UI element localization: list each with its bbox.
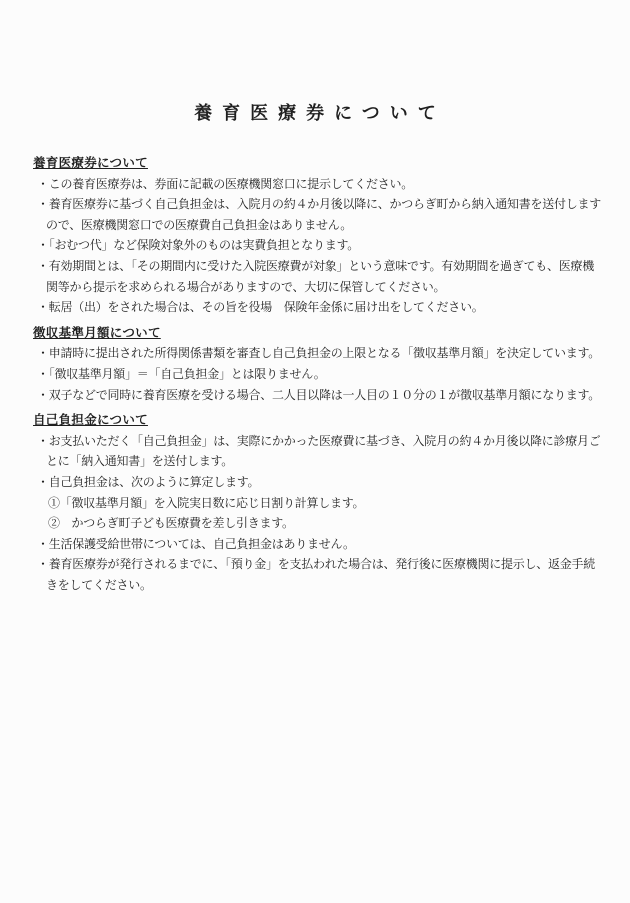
bullet-item: ・申請時に提出された所得関係書類を審査し自己負担金の上限となる「徴収基準月額」を… <box>33 343 600 364</box>
bullet-item: ・自己負担金は、次のように算定します。 <box>33 472 600 493</box>
document-body: 養育医療券について・この養育医療券は、券面に記載の医療機関窓口に提示してください… <box>0 153 630 595</box>
wrapped-line: 関等から提示を求められる場合がありますので、大切に保管してください。 <box>33 277 600 298</box>
bullet-item: ・生活保護受給世帯については、自己負担金はありません。 <box>33 534 600 555</box>
wrapped-line: とに「納入通知書」を送付します。 <box>33 451 600 472</box>
bullet-item: ・お支払いただく「自己負担金」は、実際にかかった医療費に基づき、入院月の約４か月… <box>33 431 600 452</box>
numbered-sub-item: ①「徴収基準月額」を入院実日数に応じ日割り計算します。 <box>33 493 600 514</box>
section-heading: 自己負担金について <box>33 410 600 431</box>
bullet-item: ・「徴収基準月額」＝「自己負担金」とは限りません。 <box>33 364 600 385</box>
section: 自己負担金について・お支払いただく「自己負担金」は、実際にかかった医療費に基づき… <box>33 410 600 595</box>
section-heading: 養育医療券について <box>33 153 600 174</box>
numbered-sub-item: ② かつらぎ町子ども医療費を差し引きます。 <box>33 513 600 534</box>
bullet-item: ・有効期間とは、「その期間内に受けた入院医療費が対象」という意味です。有効期間を… <box>33 256 600 277</box>
bullet-item: ・双子などで同時に養育医療を受ける場合、二人目以降は一人目の１０分の１が徴収基準… <box>33 385 600 406</box>
wrapped-line: ので、医療機関窓口での医療費自己負担金はありません。 <box>33 215 600 236</box>
section-heading: 徴収基準月額について <box>33 323 600 344</box>
section: 養育医療券について・この養育医療券は、券面に記載の医療機関窓口に提示してください… <box>33 153 600 318</box>
bullet-item: ・この養育医療券は、券面に記載の医療機関窓口に提示してください。 <box>33 174 600 195</box>
bullet-item: ・養育医療券が発行されるまでに、「預り金」を支払われた場合は、発行後に医療機関に… <box>33 554 600 575</box>
document-page: 養育医療券について 養育医療券について・この養育医療券は、券面に記載の医療機関窓… <box>0 0 630 903</box>
bullet-item: ・「おむつ代」など保険対象外のものは実費負担となります。 <box>33 235 600 256</box>
document-title: 養育医療券について <box>0 0 630 126</box>
section: 徴収基準月額について・申請時に提出された所得関係書類を審査し自己負担金の上限とな… <box>33 323 600 405</box>
bullet-item: ・養育医療券に基づく自己負担金は、入院月の約４か月後以降に、かつらぎ町から納入通… <box>33 194 600 215</box>
bullet-item: ・転居（出）をされた場合は、その旨を役場 保険年金係に届け出をしてください。 <box>33 297 600 318</box>
wrapped-line: きをしてください。 <box>33 575 600 596</box>
